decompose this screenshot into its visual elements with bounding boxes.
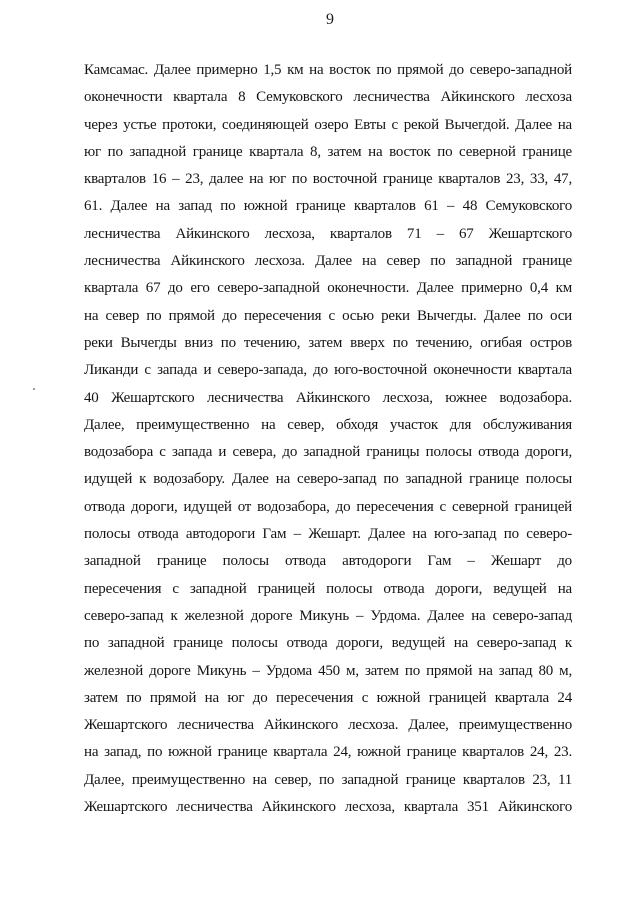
- text-line: на север по прямой до пересечения с осью…: [84, 303, 572, 330]
- body-text: Камсамас. Далее примерно 1,5 км на восто…: [84, 57, 572, 821]
- text-line: Жешартского лесничества Айкинского лесхо…: [84, 794, 572, 821]
- text-line: Далее, преимущественно на север, по запа…: [84, 767, 572, 794]
- text-line: кварталов 16 – 23, далее на юг по восточ…: [84, 166, 572, 193]
- text-line: по западной границе полосы отвода дороги…: [84, 630, 572, 657]
- text-line: Жешартского лесничества Айкинского лесхо…: [84, 712, 572, 739]
- text-line: Камсамас. Далее примерно 1,5 км на восто…: [84, 57, 572, 84]
- text-line: Далее, преимущественно на север, обходя …: [84, 412, 572, 439]
- text-line: через устье протоки, соединяющей озеро Е…: [84, 112, 572, 139]
- text-line: водозабора с запада и севера, до западно…: [84, 439, 572, 466]
- text-line: западной границе полосы отвода автодорог…: [84, 548, 572, 575]
- text-line: оконечности квартала 8 Семуковского лесн…: [84, 84, 572, 111]
- text-line: 40 Жешартского лесничества Айкинского ле…: [84, 385, 572, 412]
- text-line: 61. Далее на запад по южной границе квар…: [84, 193, 572, 220]
- text-line: затем по прямой на юг до пересечения с ю…: [84, 685, 572, 712]
- text-line: идущей к водозабору. Далее на северо-зап…: [84, 466, 572, 493]
- text-line: лесничества Айкинского лесхоза, квартало…: [84, 221, 572, 248]
- text-line: отвода дороги, идущей от водозабора, до …: [84, 494, 572, 521]
- text-line: квартала 67 до его северо-западной оконе…: [84, 275, 572, 302]
- text-line: на запад, по южной границе квартала 24, …: [84, 739, 572, 766]
- text-line: полосы отвода автодороги Гам – Жешарт. Д…: [84, 521, 572, 548]
- text-line: Ликанди с запада и северо-запада, до юго…: [84, 357, 572, 384]
- text-line: реки Вычегды вниз по течению, затем ввер…: [84, 330, 572, 357]
- text-line: лесничества Айкинского лесхоза. Далее на…: [84, 248, 572, 275]
- text-line: железной дороге Микунь – Урдома 450 м, з…: [84, 658, 572, 685]
- text-line: юг по западной границе квартала 8, затем…: [84, 139, 572, 166]
- document-page: 9 Камсамас. Далее примерно 1,5 км на вос…: [0, 0, 640, 905]
- scan-speck: [33, 388, 35, 390]
- text-line: северо-запад к железной дороге Микунь – …: [84, 603, 572, 630]
- page-number: 9: [0, 11, 640, 29]
- text-line: пересечения с западной границей полосы о…: [84, 576, 572, 603]
